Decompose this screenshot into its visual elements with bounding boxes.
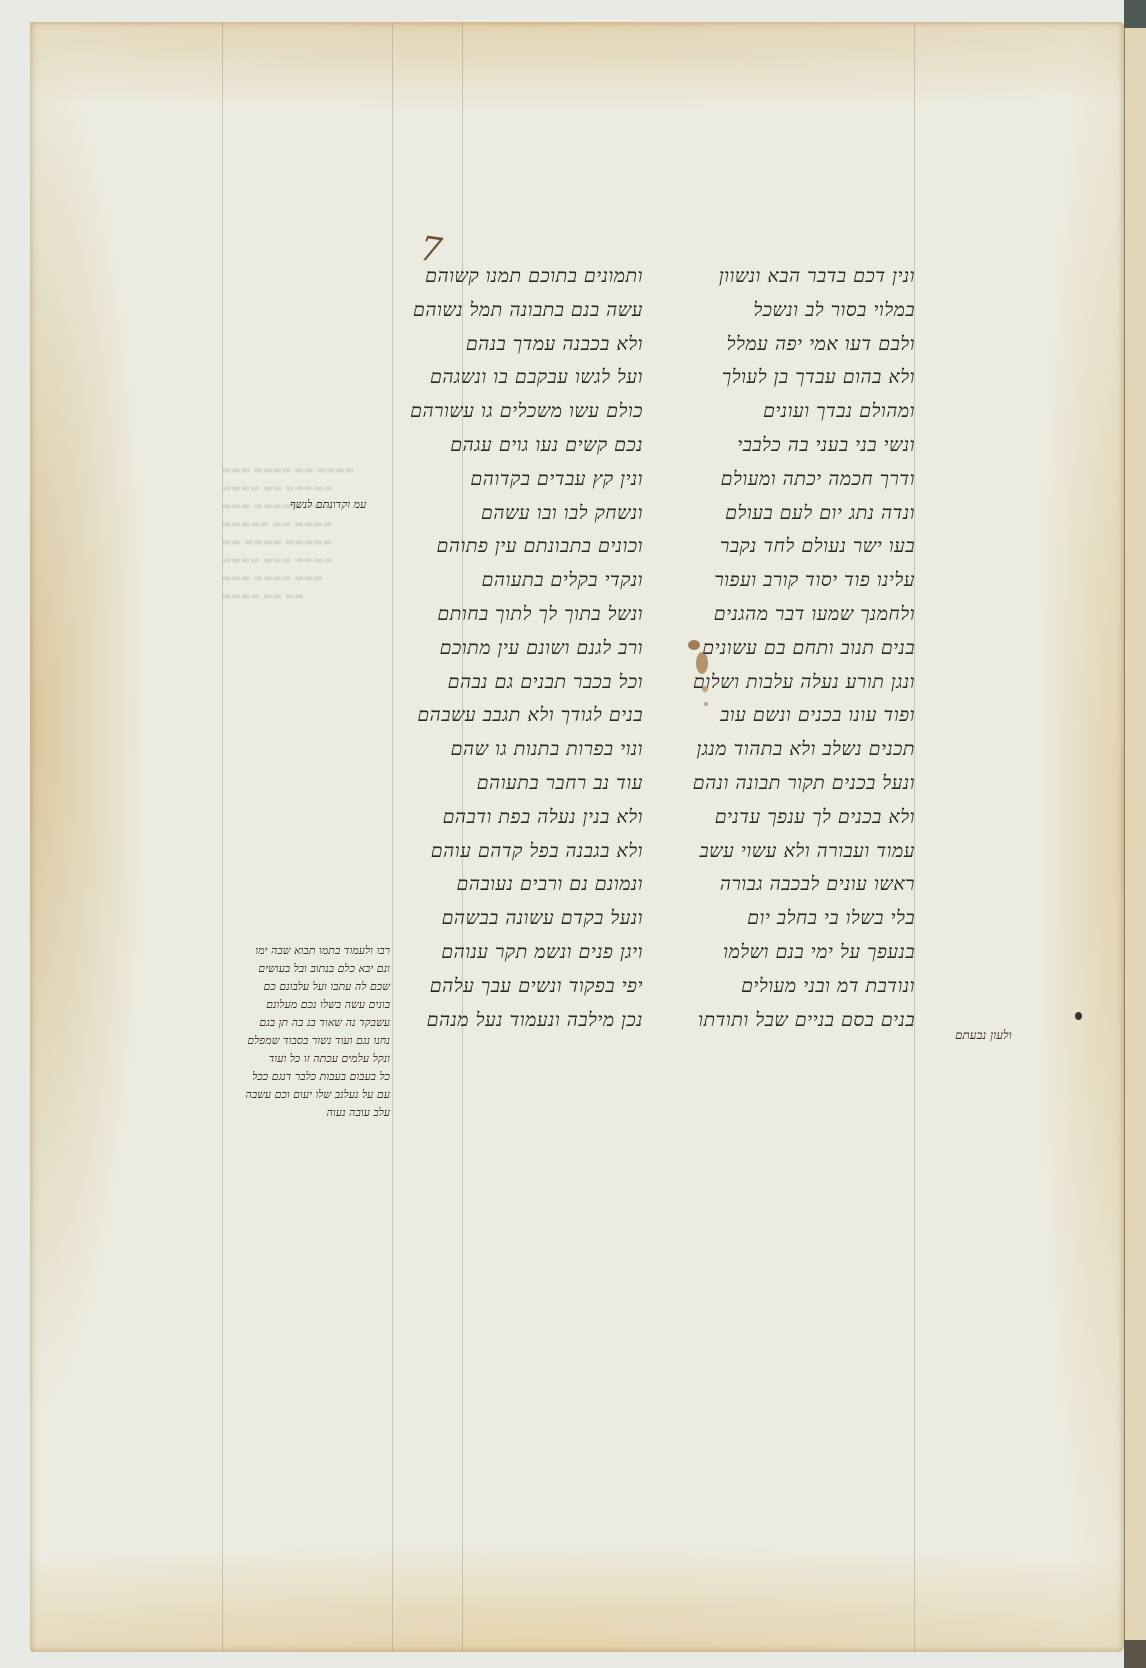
note-line: בונים עשה בשלו נכם מעלונם bbox=[220, 996, 390, 1014]
text-line: ודרך חכמה יכתה ומעולם bbox=[730, 463, 915, 497]
text-line: נכן מילבה ונעמוד נעל מנהם bbox=[458, 1004, 643, 1038]
text-line: ולא בהום עבדך בן לעולך bbox=[730, 361, 915, 395]
margin-note-right: ולעון נבעתם bbox=[955, 1028, 1012, 1043]
note-line: נחנו נגם ועוד נשור בסבוד שמפלם bbox=[220, 1032, 390, 1050]
text-line: ונעל בקדם עשונה בבשהם bbox=[458, 902, 643, 936]
text-column-middle: ותמונים בתוכם תמנו קשוהם עשה בנם בתבונה … bbox=[458, 260, 643, 1037]
ruling-line bbox=[222, 22, 223, 1652]
text-column-right: ונין דכם בדבר הבא ונשוון במלוי בסור לב ו… bbox=[730, 260, 915, 1037]
text-line: תכנים נשלב ולא בתהוד מנגן bbox=[730, 733, 915, 767]
text-line: עוד נב רחבר בתעוהם bbox=[458, 767, 643, 801]
text-line: ולא בנין נעלה בפת ודבהם bbox=[458, 801, 643, 835]
text-line: במלוי בסור לב ונשכל bbox=[730, 294, 915, 328]
ink-stain bbox=[688, 640, 700, 650]
text-line: בנעפך על ימי בנם ושלמו bbox=[730, 936, 915, 970]
text-line: עשה בנם בתבונה תמל נשוהם bbox=[458, 294, 643, 328]
text-line: ולחמנך שמעו דבר מהגנים bbox=[730, 598, 915, 632]
book-binding-top bbox=[1124, 0, 1146, 30]
adjacent-page-edge bbox=[1124, 28, 1146, 1668]
text-line: ורב לגנם ושונם עין מתוכם bbox=[458, 632, 643, 666]
text-line: כולם עשו משכלים גו עשורהם bbox=[458, 395, 643, 429]
text-line: ומהולם נבדך ועונים bbox=[730, 395, 915, 429]
text-line: ונקדי בקלים בתעוהם bbox=[458, 564, 643, 598]
text-line: ונשי בני בעני בה כלבבי bbox=[730, 429, 915, 463]
text-line: ראשו עונים לבכבה גבורה bbox=[730, 868, 915, 902]
text-line: בעו ישר נעולם לחד נקבר bbox=[730, 530, 915, 564]
text-line: עלינו פוד יסוד קורב ועפור bbox=[730, 564, 915, 598]
text-line: ונודבת דמ ובני מעולים bbox=[730, 970, 915, 1004]
ink-stain bbox=[702, 686, 708, 692]
text-line: ונין דכם בדבר הבא ונשוון bbox=[730, 260, 915, 294]
note-line: רבו ולעמוד בתמו תבוא שבה ימו bbox=[220, 942, 390, 960]
text-line: ועל לגשו עבקבם בו ונשגהם bbox=[458, 361, 643, 395]
text-line: עמוד ועבורה ולא עשוי עשב bbox=[730, 835, 915, 869]
ink-stain bbox=[704, 702, 708, 706]
text-line: ונגן תורע נעלה עלבות ושלום bbox=[730, 666, 915, 700]
note-line: עשבקד נה שאוד בנ בה תן בגם bbox=[220, 1014, 390, 1032]
note-line: ונם יבא כלם בנתוב ובל בעושים bbox=[220, 960, 390, 978]
text-line: ונין קץ עבדים בקדוהם bbox=[458, 463, 643, 497]
text-line: ונדה נתג יום לעם בעולם bbox=[730, 497, 915, 531]
margin-note-upper-left: עמ וקדונתם לנשף bbox=[290, 498, 366, 511]
text-line: יפי בפקוד ונשים עבך עלהם bbox=[458, 970, 643, 1004]
ruling-line bbox=[392, 22, 393, 1652]
note-line: כל בעבום בעבות כלבר דנגם ככל bbox=[220, 1068, 390, 1086]
text-line: ונשחק לבו ובו עשהם bbox=[458, 497, 643, 531]
text-line: ותמונים בתוכם תמנו קשוהם bbox=[458, 260, 643, 294]
text-line: בנים תנוב ותחם בם עשונים bbox=[730, 632, 915, 666]
note-line: עם על נעלנב שלו יעום וכם עשבה bbox=[220, 1086, 390, 1104]
text-line: ופוד עונו בכנים ונשם עוב bbox=[730, 699, 915, 733]
text-line: ולא בכבנה עמדך בנהם bbox=[458, 328, 643, 362]
text-line: ונוי בפרות בתנות גו שהם bbox=[458, 733, 643, 767]
text-line: ולא בכנים לך ענפך עדנים bbox=[730, 801, 915, 835]
text-line: ונמונם נם ורבים נעובהם bbox=[458, 868, 643, 902]
text-line: בנים בסם בניים שבל ותודתו bbox=[730, 1004, 915, 1038]
text-line: וכונים בתבונתם עין פתוהם bbox=[458, 530, 643, 564]
text-line: ונשל בתוך לך לתוך בחותם bbox=[458, 598, 643, 632]
note-line: שכם לה עתבו ועל עלבונם כם bbox=[220, 978, 390, 996]
text-line: נכם קשים נעו גוים עגהם bbox=[458, 429, 643, 463]
bleed-through-text: ▬▬▬ ▬▬▬▬ ▬▬ ▬▬▬▬▬▬▬▬ ▬▬ ▬▬▬▬▬▬▬▬ ▬▬▬▬▬ ▬… bbox=[222, 462, 392, 606]
text-line: בנים לגודך ולא תגבב עשבהם bbox=[458, 699, 643, 733]
text-line: ולבם דעו אמי יפה עמלל bbox=[730, 328, 915, 362]
ink-stain bbox=[696, 652, 708, 674]
book-binding-bottom bbox=[1124, 1640, 1146, 1668]
text-line: וכל בכבר תבנים גם נבהם bbox=[458, 666, 643, 700]
text-line: ויגן פנים ונשמ תקר ענוהם bbox=[458, 936, 643, 970]
margin-note-lower-left: רבו ולעמוד בתמו תבוא שבה ימו ונם יבא כלם… bbox=[220, 942, 390, 1122]
text-line: בלי בשלו בי בחלב יום bbox=[730, 902, 915, 936]
note-line: ונקל עלמים עכתה זו כל ועוד bbox=[220, 1050, 390, 1068]
text-line: ונעל בכנים תקור תבונה ונהם bbox=[730, 767, 915, 801]
ink-dot bbox=[1075, 1012, 1082, 1020]
note-line: עלב עובה נעוה bbox=[220, 1104, 390, 1122]
text-line: ולא בגבנה בפל קדהם עוהם bbox=[458, 835, 643, 869]
